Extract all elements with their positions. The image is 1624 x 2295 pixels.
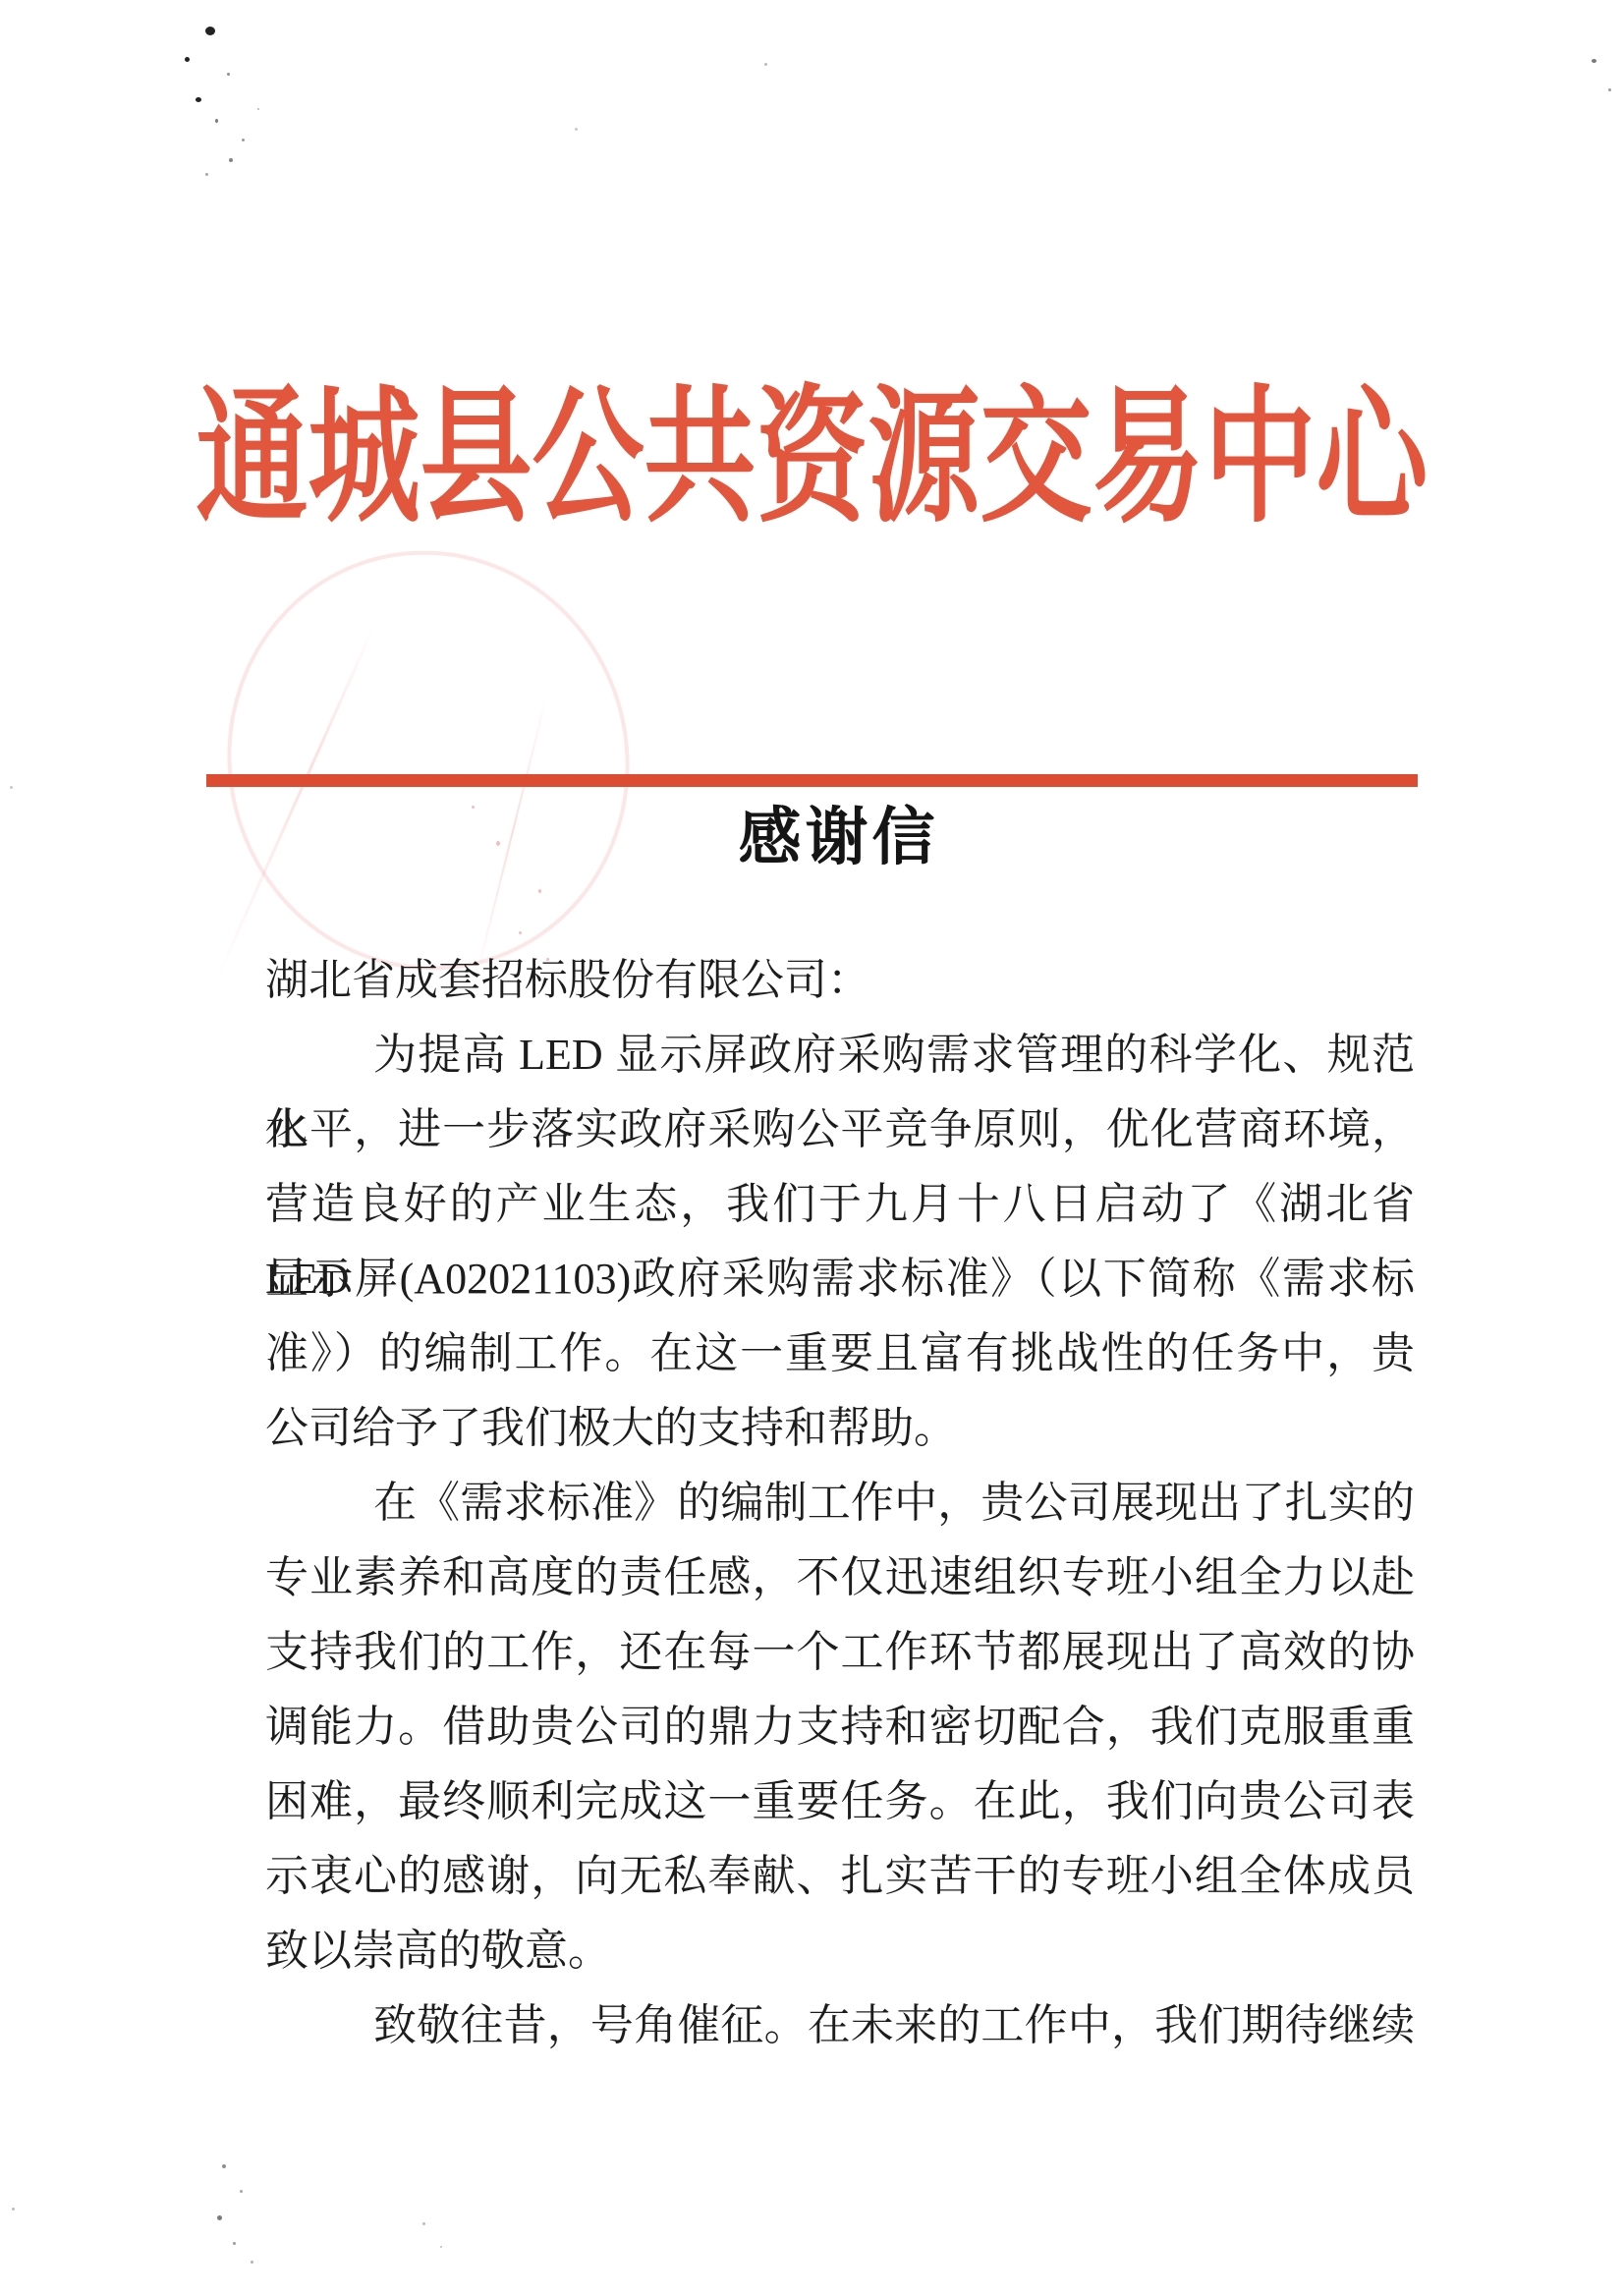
- faded-stamp-dot: [519, 931, 522, 934]
- scan-speck: [764, 63, 767, 66]
- faded-stamp-circle: [183, 508, 673, 1013]
- scan-speck: [229, 158, 233, 162]
- body-line: 在《需求标准》的编制工作中，贵公司展现出了扎实的: [265, 1466, 1415, 1540]
- scan-speck: [575, 128, 578, 131]
- scan-speck: [257, 108, 259, 110]
- recipient-line: 湖北省成套招标股份有限公司：: [265, 943, 1415, 1018]
- scan-speck: [217, 2215, 222, 2220]
- letter-body: 湖北省成套招标股份有限公司： 为提高 LED 显示屏政府采购需求管理的科学化、规…: [265, 943, 1415, 2063]
- letterhead-org-name: 通城县公共资源交易中心: [195, 365, 1428, 552]
- body-line: 专业素养和高度的责任感，不仅迅速组织专班小组全力以赴: [265, 1540, 1415, 1615]
- scanned-letter-page: 通城县公共资源交易中心 感谢信 湖北省成套招标股份有限公司： 为提高 LED 显…: [0, 0, 1624, 2295]
- scan-speck: [10, 786, 13, 789]
- scan-speck: [1592, 59, 1596, 63]
- scan-speck: [12, 2208, 15, 2211]
- letterhead-divider-line: [206, 774, 1418, 787]
- body-line: 支持我们的工作，还在每一个工作环节都展现出了高效的协: [265, 1615, 1415, 1690]
- body-line: 准》）的编制工作。在这一重要且富有挑战性的任务中，贵: [265, 1316, 1415, 1391]
- document-title: 感谢信: [0, 804, 1624, 872]
- faded-stamp-dot: [538, 889, 541, 893]
- scan-speck: [222, 2164, 226, 2168]
- scan-speck: [227, 73, 230, 76]
- body-line: 调能力。借助贵公司的鼎力支持和密切配合，我们克服重重: [265, 1690, 1415, 1764]
- scan-speck: [205, 173, 208, 176]
- scan-speck: [1608, 88, 1611, 91]
- scan-speck: [240, 2190, 243, 2193]
- scan-speck: [215, 119, 218, 123]
- body-line: 水平，进一步落实政府采购公平竞争原则，优化营商环境，: [265, 1092, 1415, 1167]
- body-line: 显示屏(A02021103)政府采购需求标准》（以下简称《需求标: [265, 1242, 1415, 1316]
- scan-speck: [233, 2242, 236, 2245]
- body-line: 困难，最终顺利完成这一重要任务。在此，我们向贵公司表: [265, 1764, 1415, 1839]
- scan-speck: [185, 57, 190, 62]
- scan-speck: [251, 2261, 253, 2264]
- body-line: 公司给予了我们极大的支持和帮助。: [265, 1391, 1415, 1466]
- scan-speck: [196, 97, 201, 102]
- scan-speck: [440, 2246, 442, 2248]
- body-line: 营造良好的产业生态，我们于九月十八日启动了《湖北省 LED: [265, 1167, 1415, 1242]
- scan-speck: [422, 2222, 425, 2225]
- body-line: 致敬往昔，号角催征。在未来的工作中，我们期待继续: [265, 1988, 1415, 2063]
- scan-speck: [205, 27, 215, 35]
- body-line: 致以崇高的敬意。: [265, 1914, 1415, 1988]
- body-line: 为提高 LED 显示屏政府采购需求管理的科学化、规范化: [265, 1018, 1415, 1092]
- scan-speck: [242, 139, 245, 141]
- body-line: 示衷心的感谢，向无私奉献、扎实苦干的专班小组全体成员: [265, 1839, 1415, 1914]
